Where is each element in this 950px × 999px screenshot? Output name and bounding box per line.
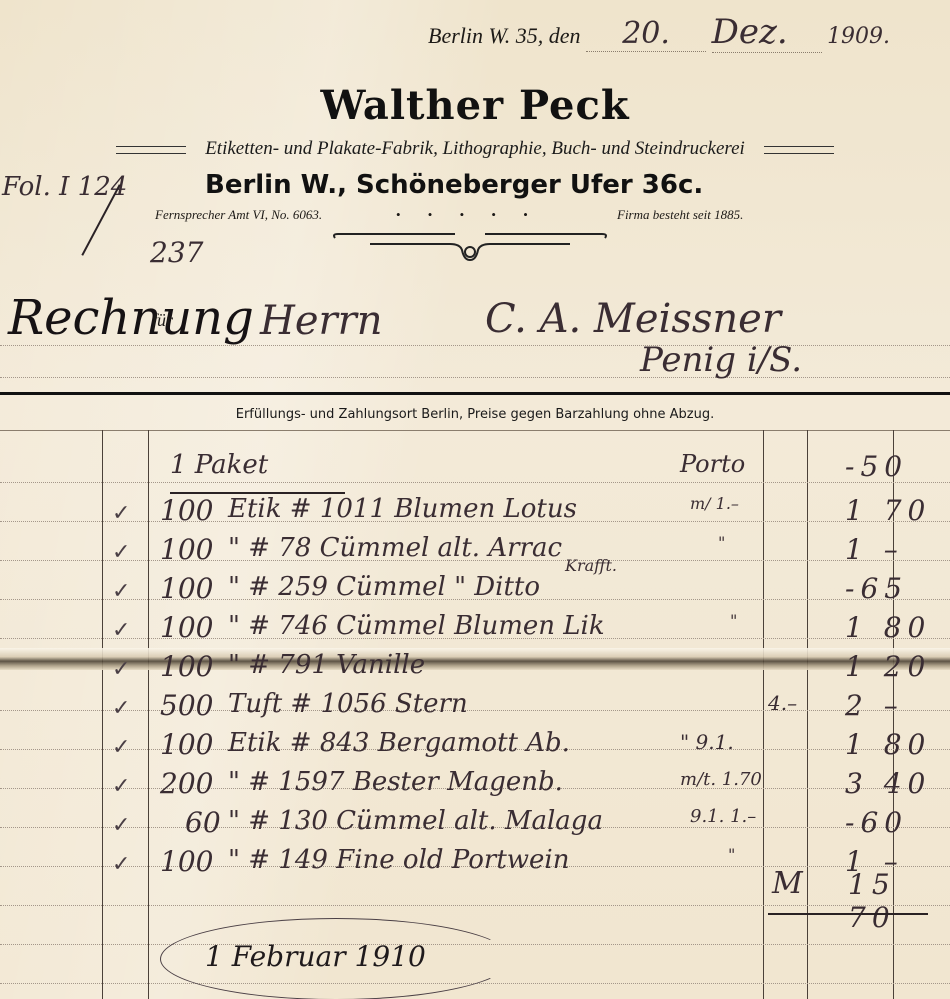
customer-city: Penig i/S. — [640, 340, 802, 380]
line-item: ✓ 100 " # 149 Fine old Portwein " 1 – — [0, 841, 950, 899]
check-mark-icon: ✓ — [112, 812, 130, 838]
item-note: 9.1. 1.– — [690, 806, 756, 827]
decorative-rule-right — [764, 146, 834, 154]
header-divider — [0, 392, 950, 395]
ruled-line — [0, 905, 950, 906]
date-day: 20. — [586, 16, 706, 52]
item-note: " — [718, 533, 725, 552]
date-year: 1909. — [827, 24, 890, 49]
invoice-for: für — [152, 310, 173, 331]
item-amount: 2 – — [845, 689, 945, 722]
company-name: Walther Peck — [0, 82, 950, 129]
item-amount: 1 20 — [845, 650, 945, 683]
item-note: Krafft. — [565, 556, 617, 575]
item-amount: -60 — [845, 806, 945, 839]
item-note: " 9.1. — [680, 730, 734, 754]
check-mark-icon: ✓ — [112, 695, 130, 721]
date-place: Berlin W. 35, den — [428, 23, 581, 48]
item-note: m/ 1.– — [690, 494, 739, 513]
separator-dots: • • • • • — [396, 207, 540, 223]
date-month: Dez. — [712, 12, 822, 53]
item-amount: 1 – — [845, 533, 945, 566]
item-note: m/t. 1.70 — [680, 769, 762, 790]
item-note: " — [728, 845, 735, 864]
item-description: " # 259 Cümmel " Ditto — [228, 572, 540, 602]
check-mark-icon: ✓ — [112, 617, 130, 643]
decorative-rule-left — [116, 146, 186, 154]
ornament-icon — [330, 230, 610, 266]
item-amount: -50 — [845, 450, 945, 483]
check-mark-icon: ✓ — [112, 734, 130, 760]
total-currency-label: M — [772, 866, 803, 901]
company-tagline: Etiketten- und Plakate-Fabrik, Lithograp… — [0, 138, 950, 160]
check-mark-icon: ✓ — [112, 578, 130, 604]
ruled-line — [0, 377, 950, 378]
item-description: " # 149 Fine old Portwein — [228, 845, 569, 875]
item-unit-price: 4.– — [768, 691, 797, 715]
check-mark-icon: ✓ — [112, 500, 130, 526]
item-amount: 1 80 — [845, 611, 945, 644]
date-line: Berlin W. 35, den 20. Dez. 1909. — [428, 12, 890, 53]
item-description: " # 130 Cümmel alt. Malaga — [228, 806, 603, 836]
tagline-text: Etiketten- und Plakate-Fabrik, Lithograp… — [205, 138, 745, 159]
item-amount: 1 80 — [845, 728, 945, 761]
item-description: Tuft # 1056 Stern — [228, 689, 468, 719]
customer-name: C. A. Meissner — [485, 296, 781, 342]
item-amount: -65 — [845, 572, 945, 605]
check-mark-icon: ✓ — [112, 539, 130, 565]
invoice-number: 237 — [150, 236, 203, 269]
item-description: Etik # 1011 Blumen Lotus — [228, 494, 577, 524]
total-amount: 15 70 — [848, 868, 950, 934]
item-description: 1 Paket — [170, 450, 268, 480]
item-description: " # 78 Cümmel alt. Arrac — [228, 533, 562, 563]
check-mark-icon: ✓ — [112, 656, 130, 682]
company-phone: Fernsprecher Amt VI, No. 6063. — [155, 207, 322, 223]
item-note: " — [730, 611, 737, 630]
item-note: Porto — [680, 450, 745, 478]
item-amount: 3 40 — [845, 767, 945, 800]
check-mark-icon: ✓ — [112, 773, 130, 799]
item-description: Etik # 843 Bergamott Ab. — [228, 728, 570, 758]
salutation: Herrn — [260, 298, 383, 344]
company-founded: Firma besteht seit 1885. — [617, 207, 743, 223]
item-amount: 1 70 — [845, 494, 945, 527]
total-underline — [768, 913, 928, 915]
invoice-title: Rechnung — [8, 290, 254, 346]
item-description: " # 791 Vanille — [228, 650, 425, 680]
payment-terms: Erfüllungs- und Zahlungsort Berlin, Prei… — [0, 407, 950, 422]
company-address: Berlin W., Schöneberger Ufer 36c. — [205, 170, 703, 200]
item-description: " # 1597 Bester Magenb. — [228, 767, 563, 797]
item-description: " # 746 Cümmel Blumen Lik — [228, 611, 605, 641]
folio-reference: Fol. I 124 — [2, 172, 127, 202]
check-mark-icon: ✓ — [112, 851, 130, 877]
payment-note: 1 Februar 1910 — [205, 940, 426, 973]
